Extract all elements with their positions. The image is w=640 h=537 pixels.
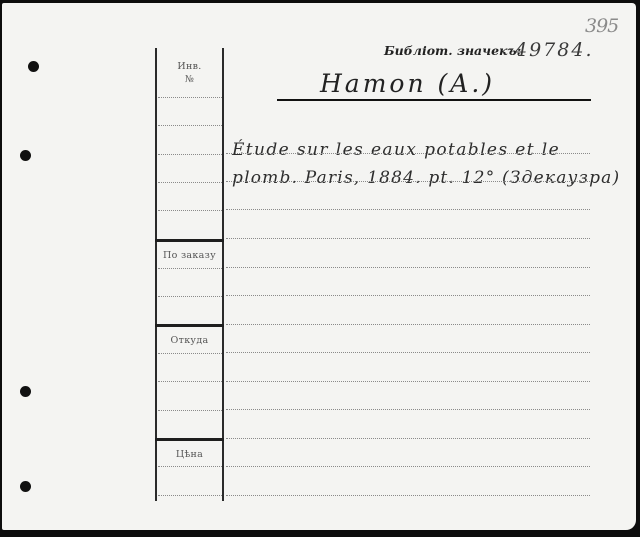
author-underline xyxy=(277,99,591,101)
punch-hole xyxy=(20,481,31,492)
ruled-line xyxy=(158,353,222,354)
price-label: Цѣна xyxy=(157,449,222,460)
ruled-line xyxy=(158,125,222,126)
ruled-line xyxy=(226,352,590,353)
ruled-line xyxy=(226,381,590,382)
pencil-number: 395 xyxy=(585,15,618,37)
ruled-line xyxy=(158,410,222,411)
ruled-line xyxy=(226,466,590,467)
ruled-line xyxy=(226,267,590,268)
ruled-line xyxy=(158,268,222,269)
ruled-line xyxy=(226,181,590,182)
library-mark-label: Библіот. значекъ: xyxy=(384,43,521,58)
column-border-left xyxy=(155,48,157,501)
author-name: Hamon (A.) xyxy=(320,69,495,98)
ruled-line xyxy=(158,154,222,155)
ruled-line xyxy=(226,209,590,210)
punch-hole xyxy=(28,61,39,72)
ruled-line xyxy=(158,97,222,98)
ruled-line xyxy=(158,182,222,183)
inventory-number-sign: № xyxy=(157,73,222,86)
ruled-line xyxy=(226,295,590,296)
ruled-line xyxy=(158,381,222,382)
section-divider xyxy=(155,438,224,441)
ruled-line xyxy=(158,296,222,297)
catalog-card: Инв. № По заказу Откуда Цѣна 395 Библіот… xyxy=(2,3,636,530)
order-label: По заказу xyxy=(157,250,222,261)
ruled-line xyxy=(226,495,590,496)
ruled-line xyxy=(226,324,590,325)
inventory-label: Инв. № xyxy=(157,60,222,86)
ruled-line xyxy=(158,210,222,211)
library-mark-value: 49784. xyxy=(515,39,593,61)
section-divider xyxy=(155,239,224,242)
ruled-line xyxy=(158,466,222,467)
inventory-label-text: Инв. xyxy=(157,60,222,73)
ruled-line xyxy=(226,409,590,410)
description-line-2: plomb. Paris, 1884. pt. 12° (Здекаузра) xyxy=(232,168,620,188)
punch-hole xyxy=(20,386,31,397)
description-line-1: Étude sur les eaux potables et le xyxy=(232,140,560,160)
section-divider xyxy=(155,324,224,327)
column-border-right xyxy=(222,48,224,501)
ruled-line xyxy=(226,238,590,239)
ruled-line xyxy=(226,438,590,439)
punch-hole xyxy=(20,150,31,161)
ruled-line xyxy=(158,495,222,496)
source-label: Откуда xyxy=(157,335,222,346)
ruled-line xyxy=(226,153,590,154)
